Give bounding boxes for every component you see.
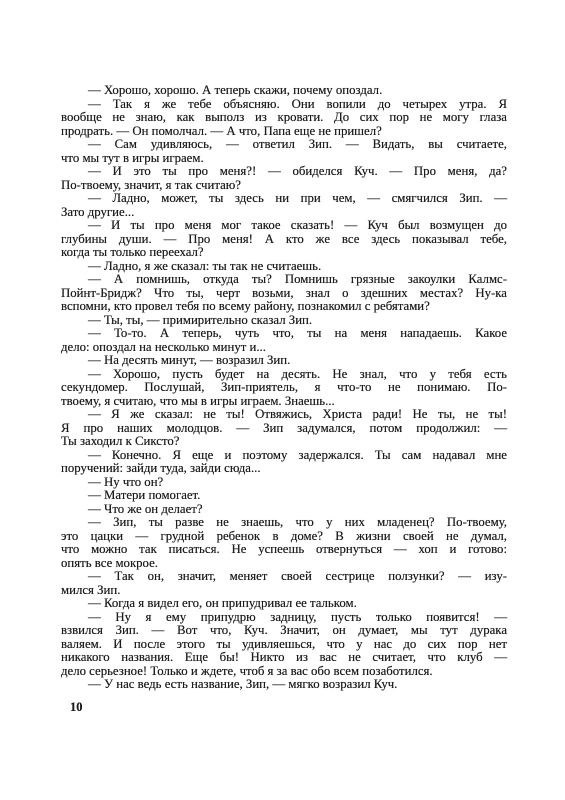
text-line: — Ну что он?: [61, 476, 507, 490]
text-line: — Так он, значит, меняет своей сестрице …: [61, 570, 507, 584]
text-line: Зато другие...: [61, 206, 507, 220]
text-line: Я про наших молодцов. — Зип задумался, п…: [61, 422, 507, 436]
text-line: — Хорошо, хорошо. А теперь скажи, почему…: [61, 84, 507, 98]
text-line: что можно так писаться. Не успеешь отвер…: [61, 543, 507, 557]
text-line: секундомер. Послушай, Зип-приятель, я чт…: [61, 381, 507, 395]
text-line: вообще не знаю, как выполз из кровати. Д…: [61, 111, 507, 125]
text-line: Ты заходил к Сиксто?: [61, 435, 507, 449]
text-line: вспомни, кто провел тебя по всему району…: [61, 300, 507, 314]
text-line: дело серьезное! Только и ждете, чтоб я з…: [61, 665, 507, 679]
text-line: — Что же он делает?: [61, 503, 507, 517]
text-line: — А помнишь, откуда ты? Помнишь грязные …: [61, 273, 507, 287]
text-line: — Хорошо, пусть будет на десять. Не знал…: [61, 368, 507, 382]
text-line: что мы тут в игры играем.: [61, 152, 507, 166]
text-line: — Ты, ты, — примирительно сказал Зип.: [61, 314, 507, 328]
text-line: — Сам удивляюсь, — ответил Зип. — Видать…: [61, 138, 507, 152]
text-line: мился Зип.: [61, 584, 507, 598]
page-number: 10: [70, 700, 83, 715]
text-line: — Зип, ты разве не знаешь, что у них мла…: [61, 516, 507, 530]
text-line: продрать. — Он помолчал. — А что, Папа е…: [61, 125, 507, 139]
text-line: — Так я же тебе объясняю. Они вопили до …: [61, 98, 507, 112]
text-line: когда ты только переехал?: [61, 246, 507, 260]
text-line: — Конечно. Я еще и поэтому задержался. Т…: [61, 449, 507, 463]
text-block: — Хорошо, хорошо. А теперь скажи, почему…: [61, 84, 507, 692]
text-line: — У нас ведь есть название, Зип, — мягко…: [61, 678, 507, 692]
text-line: твоему, я считаю, что мы в игры играем. …: [61, 395, 507, 409]
text-line: валяем. И после этого ты удивляешься, чт…: [61, 638, 507, 652]
text-line: Пойнт-Бридж? Что ты, черт возьми, знал о…: [61, 287, 507, 301]
text-line: — То-то. А теперь, чуть что, ты на меня …: [61, 327, 507, 341]
text-line: — Когда я видел его, он припудривал ее т…: [61, 597, 507, 611]
text-line: По-твоему, значит, я так считаю?: [61, 179, 507, 193]
text-line: никакого названия. Еще бы! Никто из вас …: [61, 651, 507, 665]
text-line: глубины души. — Про меня! А кто же все з…: [61, 233, 507, 247]
text-line: — Я же сказал: не ты! Отвяжись, Христа р…: [61, 408, 507, 422]
text-line: — На десять минут, — возразил Зип.: [61, 354, 507, 368]
text-line: опять все мокрое.: [61, 557, 507, 571]
text-line: — Ладно, я же сказал: ты так не считаешь…: [61, 260, 507, 274]
text-line: — И ты про меня мог такое сказать! — Куч…: [61, 219, 507, 233]
text-line: это цацки — грудной ребенок в доме? В жи…: [61, 530, 507, 544]
book-page: — Хорошо, хорошо. А теперь скажи, почему…: [0, 0, 565, 800]
text-line: поручений: зайди туда, зайди сюда...: [61, 462, 507, 476]
text-line: взвился Зип. — Вот что, Куч. Значит, он …: [61, 624, 507, 638]
text-line: — И это ты про меня?! — обиделся Куч. — …: [61, 165, 507, 179]
text-line: — Ладно, может, ты здесь ни при чем, — с…: [61, 192, 507, 206]
text-line: — Ну я ему припудрю задницу, пусть тольк…: [61, 611, 507, 625]
text-line: — Матери помогает.: [61, 489, 507, 503]
text-line: дело: опоздал на несколько минут и...: [61, 341, 507, 355]
